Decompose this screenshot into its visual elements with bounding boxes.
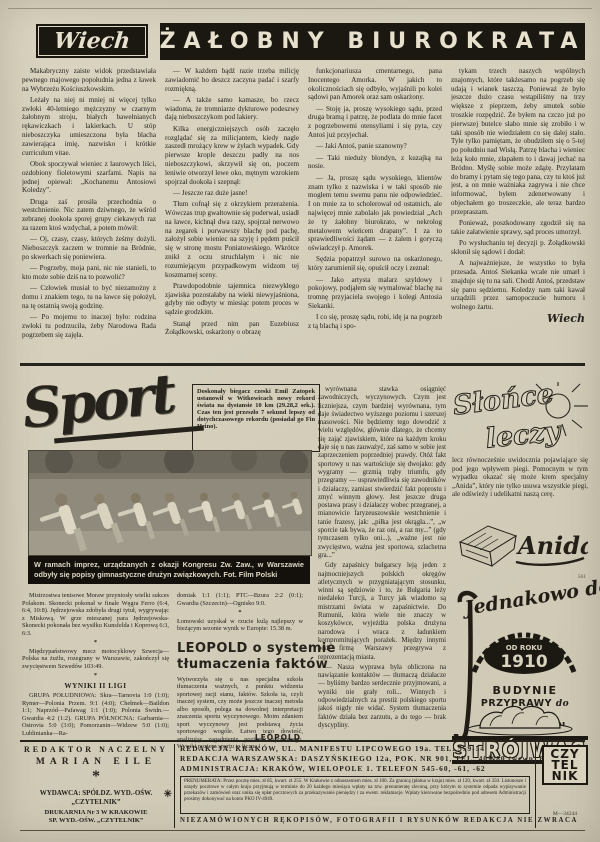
article-paragraph: Leżały na niej ni mniej ni więcej tylko … (22, 96, 156, 158)
strojwas-ad-script-title: Jednakowo dobre (463, 578, 591, 619)
article-paragraph: — Człowiek musiał to być niezamożny z do… (22, 284, 156, 310)
anida-ad-body: lecz równocześnie uwidocznia pojawiające… (452, 456, 588, 499)
sun-illustration: Słońce leczy (452, 382, 588, 454)
star-separator: * (22, 672, 169, 680)
anida-ad-title-word1: Słońce (452, 382, 556, 422)
badge-year: 1910 (500, 652, 547, 672)
sport-commentary-column: wyrównana stawka osiągnięć zawodniczych,… (318, 386, 446, 738)
footer-imprint: REDAKTOR NACZELNY MARIAN EILE * WYDAWCA:… (22, 745, 170, 825)
section-divider-rule (20, 363, 585, 366)
commentary-paragraph: — Nasza wyprawa była obliczona na nawiąz… (318, 664, 446, 730)
headline-bar: ŻAŁOBNY BIUROKRATA (160, 23, 585, 60)
article-column-3: funkcjonariusza cmentarnego, pana Inocen… (308, 67, 442, 363)
snowflake-ornament: ✳ (487, 752, 496, 765)
star-separator: * (177, 609, 303, 617)
pudding-illustration (452, 704, 588, 736)
article-paragraph: Po wysłuchaniu tej decyzji p. Żołądkowsk… (451, 239, 585, 257)
photo-caption: W ramach imprez, urządzanych z okazji Ko… (28, 556, 310, 584)
publisher-line: WYDAWCA: SPÓŁDZ. WYD.-OŚW. „CZYTELNIK” ✳ (22, 789, 170, 806)
top-hairline-rule (8, 8, 592, 9)
sport-results-column: Mistrzostwa tenisowe Moraw przyniosły wi… (22, 592, 169, 738)
czytelnik-logo: CZY TEL NIK (542, 745, 588, 785)
snowflake-ornament: ✳ (164, 791, 172, 800)
star-separator: * (22, 639, 169, 647)
printer-line-2: SP. WYD.-OŚW. „CZYTELNIK” (22, 817, 170, 825)
star-separator: * (22, 768, 170, 786)
article-signature: Wiech (451, 315, 585, 324)
article-paragraph: Makabryczny zaiste widok przedstawiała p… (22, 67, 156, 93)
article-paragraph: Obok spoczywał wieniec z laurowych liści… (22, 160, 156, 195)
article-paragraph: Sędzia popatrzył surowo na oskarżonego, … (308, 255, 442, 273)
league-results-continued: domiak 1:1 (1:1); PTC—Bzura 2:2 (0:1); G… (177, 592, 303, 607)
article-paragraph: — W każdem bądź razie trzeba milicję zaw… (165, 67, 299, 93)
publisher-text: WYDAWCA: SPÓŁDZ. WYD.-OŚW. „CZYTELNIK” (40, 789, 153, 806)
administration-address: ADMINISTRACJA: KRAKÓW, WIELOPOLE 1. TELE… (180, 764, 530, 774)
tennis-results: Mistrzostwa tenisowe Moraw przyniosły wi… (22, 592, 169, 637)
article-paragraph: — Taki nieduży blondyn, z kuzajką na nos… (308, 154, 442, 172)
leopold-article-title-line1: LEOPOLD o systemie (177, 641, 303, 656)
article-paragraph: — Stoję ja, proszę wysokiego sądu, przed… (308, 105, 442, 140)
article-paragraph: — Oj, czasy, czasy, których żeśmy dożyli… (22, 235, 156, 261)
subscription-info: PRENUMERATA: Przez pocztę mies. zł 85, k… (180, 776, 530, 814)
page-title: ŻAŁOBNY BIUROKRATA (160, 29, 586, 54)
article-paragraph: — Ja, proszę sądu wysokiego, klientów zn… (308, 174, 442, 253)
article-paragraph: — Po mojemu to inaczej było: rodzina zwł… (22, 313, 156, 339)
article-paragraph: Druga zaś prosiła przechodnia o westchni… (22, 198, 156, 233)
author-box: Wiech (36, 24, 148, 58)
footer-divider-left (174, 744, 175, 828)
gymnastics-photo-art (29, 451, 311, 555)
article-column-4: tykam trzech naszych wspólnych znajomych… (451, 67, 585, 363)
footer-publisher-mark: CZY TEL NIK M—34244 (541, 745, 589, 817)
article-paragraph: Kilka energiczniejszych osób zaczęło roz… (165, 125, 299, 187)
article-paragraph: — Jeszcze raz duże jasne! (165, 189, 299, 198)
article-paragraph: A najważniejsze, że wszystko to była prz… (451, 259, 585, 312)
footer-addresses: REDAKCJA: KRAKÓW, UL. MANIFESTU LIPCOWEG… (180, 744, 530, 824)
article-paragraph: funkcjonariusza cmentarnego, pana Inocen… (308, 67, 442, 102)
commentary-paragraph: wyrównana stawka osiągnięć zawodniczych,… (318, 386, 446, 560)
league-results-south: GRUPA POŁUDNIOWA: Skra—Tarnovia 1:0 (1:0… (22, 692, 169, 737)
editorial-address-warszawa: REDAKCJA WARSZAWSKA: DASZYŃSKIEGO 12a, P… (180, 754, 530, 764)
commentary-paragraph: Gdy zapaśnicy bułgarscy leją jeden z naj… (318, 562, 446, 662)
badge-top-text: OD ROKU (506, 644, 543, 652)
manuscripts-notice: NIEZAMÓWIONYCH RĘKOPISÓW, FOTOGRAFII I R… (180, 817, 530, 824)
article-paragraph: I co się, proszę sądu, robi, idę ja na p… (308, 313, 442, 331)
gymnastics-photo (28, 450, 312, 556)
article-paragraph: Tłum cofnął się z okrzykiem przerażenia.… (165, 200, 299, 279)
league-results-heading: WYNIKI II LIGI (22, 683, 169, 691)
article-paragraph: tykam trzech naszych wspólnych znajomych… (451, 67, 585, 217)
czytelnik-logo-row3: NIK (544, 771, 586, 782)
anida-brand-signature: Anida (516, 531, 588, 560)
footer-top-rule (20, 740, 585, 742)
editorial-address-krakow: REDAKCJA: KRAKÓW, UL. MANIFESTU LIPCOWEG… (180, 744, 530, 754)
product-line-1: BUDYNIE (466, 684, 584, 697)
sport-middle-column: domiak 1:1 (1:1); PTC—Bzura 2:2 (0:1); G… (177, 592, 303, 742)
anida-ad-title-word2: leczy (484, 416, 564, 454)
article-column-2: — W każdem bądź razie trzeba milicję zaw… (165, 67, 299, 363)
shot-put-result: Łomowski uzyskał w rzucie kulą najlepszy… (177, 618, 303, 633)
article-columns: Makabryczny zaiste widok przedstawiała p… (22, 67, 585, 363)
author-name: Wiech (53, 28, 132, 54)
print-code: M—34244 (541, 811, 589, 817)
record-news-box: Doskonały biegacz czeski Emil Zatopek us… (192, 384, 320, 452)
footer-bottom-rule (20, 830, 585, 831)
newspaper-page: Wiech ŻAŁOBNY BIUROKRATA Makabryczny zai… (0, 0, 600, 842)
speedway-result: Międzypaństwowy mecz motocyklowy Szwecja… (22, 648, 169, 671)
article-paragraph: Ponieważ, poszkodowany zgodził się na ta… (451, 219, 585, 237)
editor-in-chief-label: REDAKTOR NACZELNY (22, 745, 170, 754)
article-paragraph: — A także samo kamasze, bo rzecz wiadoma… (165, 96, 299, 122)
article-paragraph: Prawdopodobnie tajemnica niezwykłego zja… (165, 282, 299, 317)
leopold-article-title-line2: tłumaczenia faktów (177, 657, 303, 672)
article-paragraph: Stanął przed nim pan Euzebiusz Żołądkows… (165, 320, 299, 338)
editor-in-chief-name: MARIAN EILE (22, 757, 170, 767)
anida-cream-box-illustration: Anida (452, 510, 588, 572)
article-column-1: Makabryczny zaiste widok przedstawiała p… (22, 67, 156, 363)
article-paragraph: — Jaki Antoś, panie szanowny? (308, 142, 442, 151)
since-1910-badge: OD ROKU 1910 (462, 622, 586, 682)
printer-line-1: DRUKARNIA Nr 3 W KRAKOWIE (22, 809, 170, 817)
anida-advert: Słońce leczy lecz równocześnie uwidoczni… (452, 382, 588, 582)
article-paragraph: — Jako artysta malarz szyldowy i pokojow… (308, 276, 442, 311)
article-paragraph: — Pogrzeby, moja pani, nic nie stanieli,… (22, 264, 156, 282)
